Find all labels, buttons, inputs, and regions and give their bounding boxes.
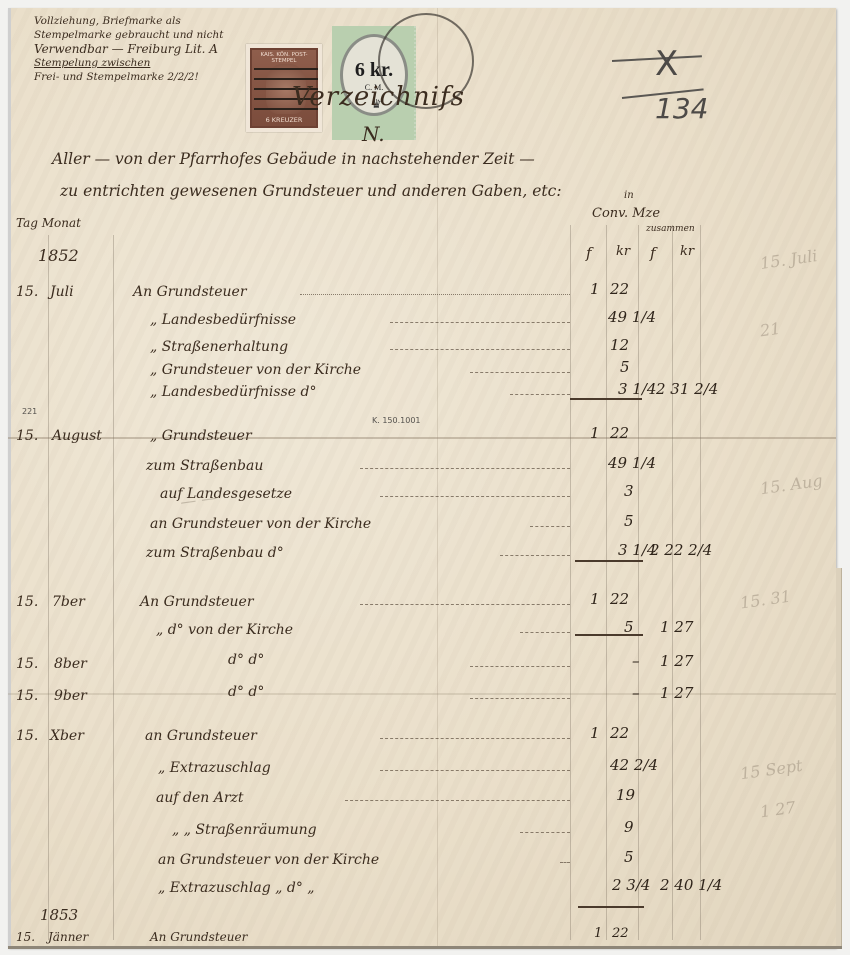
- leader-dashes: [470, 698, 570, 699]
- group-total: 1 27: [660, 652, 693, 670]
- entry-description: d° d°: [228, 652, 264, 668]
- group-total: 2 31 2/4: [656, 380, 718, 398]
- amount-kreuzer: 22: [610, 590, 629, 608]
- leader-dashes: [510, 394, 570, 395]
- unit-kreuzer: kr: [616, 244, 630, 259]
- amount-kreuzer: 3 1/4: [618, 380, 656, 398]
- column-rule: [672, 225, 673, 940]
- margin-note: Vollziehung, Briefmarke als Stempelmarke…: [34, 14, 234, 84]
- amount-gulden: 1: [590, 724, 600, 742]
- entry-description: auf den Arzt: [156, 790, 244, 806]
- entry-description: An Grundsteuer: [133, 284, 247, 300]
- amount-kreuzer: 22: [610, 724, 629, 742]
- entry-description: „ d° von der Kirche: [156, 622, 293, 638]
- entry-description: „ Extrazuschlag „ d° „: [158, 880, 315, 896]
- stamp-top-text: KAIS. KÖN. POST-STEMPEL: [252, 52, 316, 64]
- leader-dashes: [390, 322, 570, 323]
- cancellation-bar: [254, 78, 318, 80]
- entry-description: an Grundsteuer von der Kirche: [158, 852, 379, 868]
- amount-gulden: 1: [590, 280, 600, 298]
- unit-kreuzer-total: kr: [680, 244, 694, 259]
- year-label: 1852: [38, 246, 79, 265]
- fold-line: [8, 693, 836, 695]
- entry-description: An Grundsteuer: [140, 594, 254, 610]
- amount-kreuzer: 22: [610, 424, 629, 442]
- leader-dashes: [360, 468, 570, 469]
- subtotal-rule: [578, 906, 644, 908]
- amount-kreuzer: 9: [624, 818, 634, 836]
- amount-kreuzer: 2 3/4: [612, 876, 650, 894]
- date-month: Jänner: [48, 930, 88, 944]
- leader-dashes: [390, 349, 570, 350]
- column-header-date: Tag Monat: [16, 216, 81, 230]
- unit-gulden: f: [586, 244, 592, 262]
- column-header-total: zusammen: [646, 224, 695, 234]
- column-rule: [606, 225, 607, 940]
- column-rule: [700, 225, 701, 940]
- date-month: August: [52, 428, 102, 444]
- leader-dashes: [520, 832, 570, 833]
- file-reference-number: 134: [655, 92, 708, 125]
- margin-note-line: Stempelung zwischen: [34, 56, 234, 70]
- archive-note: K. 150.1001: [372, 416, 421, 425]
- amount-kreuzer: –: [632, 652, 640, 670]
- date-day: 15.: [16, 930, 35, 944]
- date-day: 15.: [16, 728, 38, 744]
- entry-description: „ Grundsteuer: [150, 428, 252, 444]
- amount-kreuzer: 5: [624, 512, 634, 530]
- document-title: Verzeichnifs: [292, 82, 465, 112]
- entry-description: „ Grundsteuer von der Kirche: [150, 362, 361, 378]
- archive-note: 221: [22, 407, 37, 416]
- amount-kreuzer: 19: [616, 786, 635, 804]
- column-rule: [48, 235, 49, 940]
- leader-dashes: [470, 666, 570, 667]
- leader-dashes: [530, 526, 570, 527]
- amount-gulden: 1: [590, 590, 600, 608]
- amount-kreuzer: 49 1/4: [608, 308, 656, 326]
- subtotal-rule: [575, 634, 643, 636]
- entry-description: „ „ Straßenräumung: [172, 822, 317, 838]
- margin-note-line: Vollziehung, Briefmarke als: [34, 14, 234, 28]
- entry-description: an Grundsteuer von der Kirche: [150, 516, 371, 532]
- date-month: Juli: [50, 284, 74, 300]
- margin-note-line: Frei- und Stempelmarke 2/2/2!: [34, 70, 234, 84]
- subtotal-rule: [570, 398, 642, 400]
- column-rule: [638, 225, 639, 940]
- margin-note-line: Stempelmarke gebraucht und nicht: [34, 28, 234, 42]
- entry-description: d° d°: [228, 684, 264, 700]
- date-month: 7ber: [52, 594, 85, 610]
- group-total: 1 27: [660, 684, 693, 702]
- leader-dashes: [360, 604, 570, 605]
- leader-dashes: [380, 496, 570, 497]
- entry-description: „ Landesbedürfnisse: [150, 312, 296, 328]
- document-sheet: [8, 8, 836, 948]
- date-day: 15.: [16, 428, 38, 444]
- column-header-currency: Conv. Mze: [592, 206, 660, 221]
- leader-dashes: [380, 770, 570, 771]
- entry-description: „ Straßenerhaltung: [150, 339, 288, 355]
- date-month: Xber: [50, 728, 84, 744]
- subtitle-line: zu entrichten gewesenen Grundsteuer und …: [60, 182, 562, 200]
- date-month: 8ber: [54, 656, 87, 672]
- column-rule: [570, 225, 571, 940]
- group-total: 2 40 1/4: [660, 876, 722, 894]
- date-day: 15.: [16, 688, 38, 704]
- document-title-number: N.: [362, 122, 385, 146]
- amount-kreuzer: –: [632, 684, 640, 702]
- paper-fold-flap: [836, 568, 842, 946]
- leader-dashes: [560, 862, 570, 863]
- amount-kreuzer: 5: [620, 358, 630, 376]
- entry-description: zum Straßenbau: [146, 458, 263, 474]
- leader-dashes: [500, 555, 570, 556]
- date-day: 15.: [16, 656, 38, 672]
- unit-gulden-total: f: [650, 244, 656, 262]
- date-month: 9ber: [54, 688, 87, 704]
- amount-gulden: 1: [590, 424, 600, 442]
- subtotal-rule: [575, 560, 643, 562]
- date-day: 15.: [16, 284, 38, 300]
- file-reference-top: X: [655, 44, 678, 84]
- amount-kreuzer: 49 1/4: [608, 454, 656, 472]
- date-day: 15.: [16, 594, 38, 610]
- leader-dots: [300, 294, 570, 295]
- amount-kreuzer: 3: [624, 482, 634, 500]
- group-total: 1 27: [660, 618, 693, 636]
- amount-kreuzer: 22: [612, 926, 629, 941]
- amount-gulden: 1: [594, 926, 602, 941]
- leader-dashes: [380, 738, 570, 739]
- column-header-in: in: [624, 190, 634, 201]
- amount-kreuzer: 42 2/4: [610, 756, 658, 774]
- entry-description: „ Extrazuschlag: [158, 760, 271, 776]
- amount-kreuzer: 22: [610, 280, 629, 298]
- paper-bottom-edge: [8, 946, 842, 949]
- subtitle-line: Aller — von der Pfarrhofes Gebäude in na…: [52, 150, 535, 168]
- entry-description: zum Straßenbau d°: [146, 545, 284, 561]
- cancellation-bar: [254, 68, 318, 70]
- year-label: 1853: [40, 906, 78, 924]
- fold-line: [437, 8, 438, 948]
- entry-description: An Grundsteuer: [150, 930, 247, 944]
- leader-dashes: [345, 800, 570, 801]
- fold-line: [8, 437, 836, 439]
- leader-dashes: [470, 372, 570, 373]
- leader-dashes: [520, 632, 570, 633]
- entry-description: „ Landesbedürfnisse d°: [150, 384, 316, 400]
- amount-kreuzer: 5: [624, 848, 634, 866]
- stamp-value-text: 6 KREUZER: [252, 116, 316, 124]
- entry-description: an Grundsteuer: [145, 728, 257, 744]
- amount-kreuzer: 12: [610, 336, 629, 354]
- bleed-through-text: 21: [759, 319, 782, 341]
- column-rule: [113, 235, 114, 940]
- entry-description: auf Landesgesetze: [160, 486, 292, 502]
- group-total: 2 22 2/4: [650, 541, 712, 559]
- margin-note-line: Verwendbar — Freiburg Lit. A: [34, 42, 234, 56]
